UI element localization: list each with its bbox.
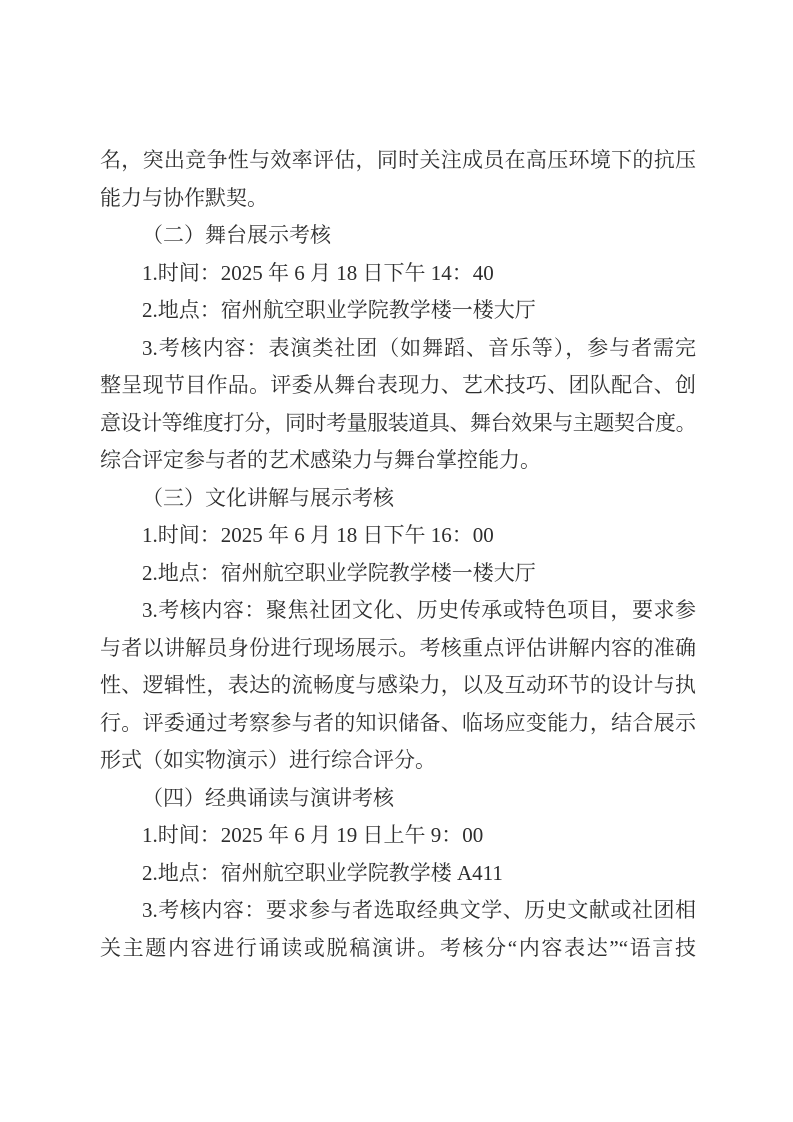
doc-line-location: 2.地点：宿州航空职业学院教学楼 A411	[100, 855, 696, 893]
doc-line-content: 3.考核内容：要求参与者选取经典文学、历史文献或社团相	[100, 892, 696, 930]
doc-line: 意设计等维度打分，同时考量服装道具、舞台效果与主题契合度。	[100, 405, 696, 443]
section-heading: （二）舞台展示考核	[100, 217, 696, 255]
doc-line: 关主题内容进行诵读或脱稿演讲。考核分“内容表达”“语言技	[100, 930, 696, 968]
doc-line-time: 1.时间：2025 年 6 月 18 日下午 14：40	[100, 255, 696, 293]
doc-line-location: 2.地点：宿州航空职业学院教学楼一楼大厅	[100, 555, 696, 593]
doc-line: 与者以讲解员身份进行现场展示。考核重点评估讲解内容的准确	[100, 630, 696, 668]
doc-line: 名，突出竞争性与效率评估，同时关注成员在高压环境下的抗压	[100, 142, 696, 180]
document-body: 名，突出竞争性与效率评估，同时关注成员在高压环境下的抗压 能力与协作默契。 （二…	[100, 142, 696, 967]
doc-line-content: 3.考核内容：聚焦社团文化、历史传承或特色项目，要求参	[100, 592, 696, 630]
document-page: 名，突出竞争性与效率评估，同时关注成员在高压环境下的抗压 能力与协作默契。 （二…	[0, 0, 793, 1122]
doc-line-location: 2.地点：宿州航空职业学院教学楼一楼大厅	[100, 292, 696, 330]
doc-line: 综合评定参与者的艺术感染力与舞台掌控能力。	[100, 442, 696, 480]
doc-line: 形式（如实物演示）进行综合评分。	[100, 742, 696, 780]
doc-line: 能力与协作默契。	[100, 180, 696, 218]
doc-line-content: 3.考核内容：表演类社团（如舞蹈、音乐等），参与者需完	[100, 330, 696, 368]
doc-line-time: 1.时间：2025 年 6 月 18 日下午 16：00	[100, 517, 696, 555]
section-heading: （三）文化讲解与展示考核	[100, 480, 696, 518]
doc-line: 行。评委通过考察参与者的知识储备、临场应变能力，结合展示	[100, 705, 696, 743]
doc-line-time: 1.时间：2025 年 6 月 19 日上午 9：00	[100, 817, 696, 855]
doc-line: 整呈现节目作品。评委从舞台表现力、艺术技巧、团队配合、创	[100, 367, 696, 405]
doc-line: 性、逻辑性，表达的流畅度与感染力，以及互动环节的设计与执	[100, 667, 696, 705]
section-heading: （四）经典诵读与演讲考核	[100, 780, 696, 818]
